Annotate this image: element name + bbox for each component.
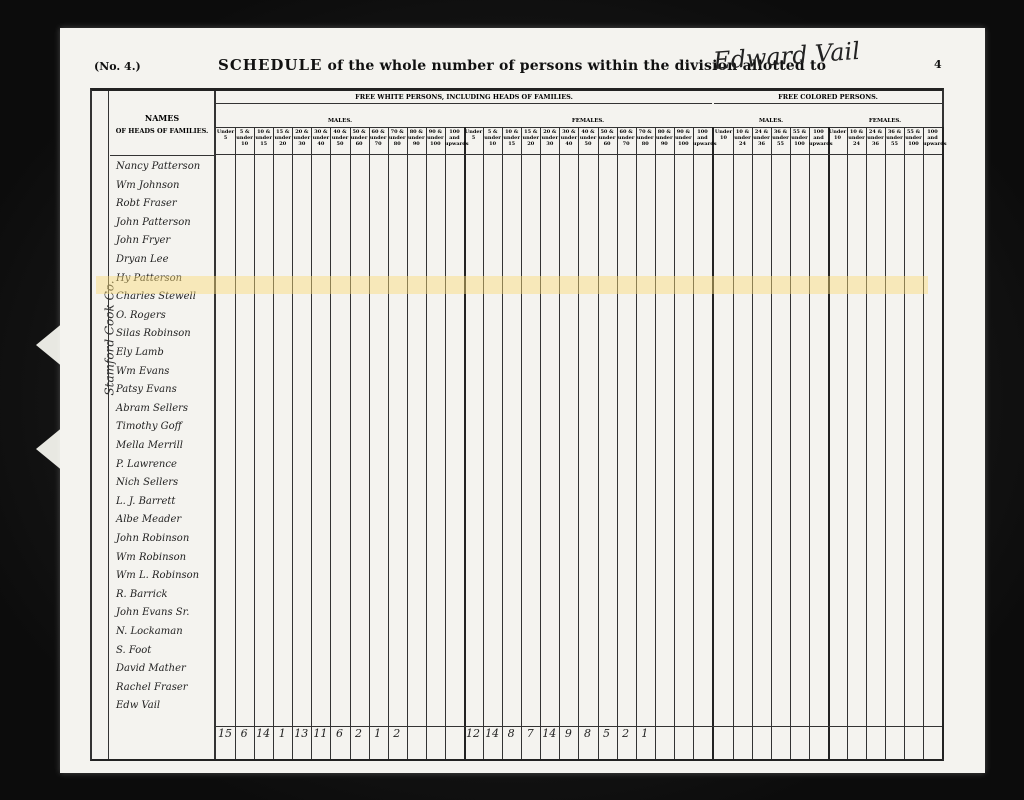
totals-row <box>214 726 942 745</box>
names-header: NAMES OF HEADS OF FAMILIES. <box>110 91 214 156</box>
page-number: 4 <box>934 58 942 71</box>
age-column: 90 & under 100 <box>674 127 694 759</box>
age-column: 20 & under 3014 <box>540 127 560 759</box>
age-column: 36 & under 55 <box>885 127 905 759</box>
age-column: 55 & under 100 <box>904 127 924 759</box>
enumerator-signature: Edward Vail <box>712 37 861 75</box>
age-column-header: 20 & under 30 <box>540 127 559 155</box>
household-name: P. Lawrence <box>116 459 177 470</box>
age-column: 10 & under 1514 <box>254 127 274 759</box>
age-column-header: 20 & under 30 <box>292 127 311 155</box>
household-name: John Evans Sr. <box>116 607 189 618</box>
age-column: 80 & under 90 <box>655 127 675 759</box>
age-column: 5 & under 1014 <box>483 127 503 759</box>
age-column-header: 10 & under 15 <box>254 127 273 155</box>
household-name: Mella Merrill <box>116 440 183 451</box>
title-bold: SCHEDULE <box>218 56 322 74</box>
household-name: John Patterson <box>116 217 191 228</box>
margin-column: Stamford Cook Co. <box>92 91 109 759</box>
age-column-header: Under 5 <box>464 127 483 155</box>
household-name: Albe Meader <box>116 514 181 525</box>
age-column-header: Under 10 <box>828 127 847 155</box>
age-column-header: 100 and upwards <box>809 127 828 155</box>
age-column-header: 70 & under 80 <box>388 127 407 155</box>
household-name: Silas Robinson <box>116 328 191 339</box>
age-column-header: 5 & under 10 <box>483 127 502 155</box>
age-column-header: 90 & under 100 <box>426 127 445 155</box>
age-column: 5 & under 106 <box>235 127 255 759</box>
household-name: O. Rogers <box>116 310 166 321</box>
age-column: 30 & under 4011 <box>311 127 331 759</box>
household-name: Edw Vail <box>116 700 160 711</box>
age-column: 70 & under 802 <box>388 127 408 759</box>
household-name: S. Foot <box>116 645 151 656</box>
age-column: 50 & under 605 <box>598 127 618 759</box>
age-column-header: 36 & under 55 <box>771 127 790 155</box>
age-column: Under 515 <box>216 127 236 759</box>
household-name: Wm Evans <box>116 366 169 377</box>
age-column-header: 24 & under 36 <box>866 127 885 155</box>
age-column: Under 512 <box>464 127 484 759</box>
household-name: John Fryer <box>116 235 170 246</box>
age-column: 80 & under 90 <box>407 127 427 759</box>
age-column: 24 & under 36 <box>866 127 886 759</box>
age-column: 24 & under 36 <box>752 127 772 759</box>
household-name: R. Barrick <box>116 589 168 600</box>
age-column-header: 10 & under 24 <box>847 127 866 155</box>
names-column: NAMES OF HEADS OF FAMILIES. Nancy Patter… <box>110 91 216 759</box>
free-colored-header: FREE COLORED PERSONS. <box>714 91 942 104</box>
age-column-header: 36 & under 55 <box>885 127 904 155</box>
age-column-header: 15 & under 20 <box>273 127 292 155</box>
age-column-header: 90 & under 100 <box>674 127 693 155</box>
age-column: 36 & under 55 <box>771 127 791 759</box>
age-column: 15 & under 201 <box>273 127 293 759</box>
age-column-header: Under 10 <box>714 127 733 155</box>
row-highlight <box>96 276 928 294</box>
age-column-header: 55 & under 100 <box>790 127 809 155</box>
household-name: Timothy Goff <box>116 421 182 432</box>
age-column: Under 10 <box>714 127 734 759</box>
household-name: Abram Sellers <box>116 403 188 414</box>
age-column-header: 15 & under 20 <box>521 127 540 155</box>
household-name: David Mather <box>116 663 186 674</box>
age-column: 20 & under 3013 <box>292 127 312 759</box>
age-column-header: 100 and upwards <box>923 127 942 155</box>
age-column-header: 10 & under 24 <box>733 127 752 155</box>
age-column-header: 40 & under 50 <box>578 127 597 155</box>
age-column: 40 & under 506 <box>330 127 350 759</box>
age-column-header: 50 & under 60 <box>598 127 617 155</box>
census-grid: Stamford Cook Co. NAMES OF HEADS OF FAMI… <box>90 88 944 761</box>
age-column: 100 and upwards <box>445 127 466 759</box>
age-column-header: 40 & under 50 <box>330 127 349 155</box>
age-column: 50 & under 602 <box>350 127 370 759</box>
household-name: Nancy Patterson <box>116 161 200 172</box>
age-column: 60 & under 701 <box>369 127 389 759</box>
age-column-header: 60 & under 70 <box>617 127 636 155</box>
free-white-header: FREE WHITE PERSONS, INCLUDING HEADS OF F… <box>216 91 712 104</box>
age-column: 15 & under 207 <box>521 127 541 759</box>
age-column: 40 & under 508 <box>578 127 598 759</box>
age-column-header: 80 & under 90 <box>655 127 674 155</box>
age-column: 100 and upwards <box>693 127 714 759</box>
age-column: 55 & under 100 <box>790 127 810 759</box>
age-column: 30 & under 409 <box>559 127 579 759</box>
age-column: 10 & under 158 <box>502 127 522 759</box>
age-column-header: 30 & under 40 <box>559 127 578 155</box>
age-column: Under 10 <box>828 127 848 759</box>
age-column: 10 & under 24 <box>733 127 753 759</box>
schedule-number: (No. 4.) <box>94 60 141 73</box>
household-name: Patsy Evans <box>116 384 177 395</box>
age-column-header: 55 & under 100 <box>904 127 923 155</box>
household-name: Rachel Fraser <box>116 682 188 693</box>
household-name: Wm Johnson <box>116 180 179 191</box>
age-column: 10 & under 24 <box>847 127 867 759</box>
age-column-header: 24 & under 36 <box>752 127 771 155</box>
age-column-header: 30 & under 40 <box>311 127 330 155</box>
household-name: N. Lockaman <box>116 626 183 637</box>
age-column: 70 & under 801 <box>636 127 656 759</box>
age-column: 100 and upwards <box>923 127 944 759</box>
household-name: L. J. Barrett <box>116 496 175 507</box>
household-name: Ely Lamb <box>116 347 164 358</box>
age-column: 100 and upwards <box>809 127 830 759</box>
age-column-header: 5 & under 10 <box>235 127 254 155</box>
age-column: 90 & under 100 <box>426 127 446 759</box>
age-column-header: 50 & under 60 <box>350 127 369 155</box>
household-name: Nich Sellers <box>116 477 178 488</box>
age-column-header: 60 & under 70 <box>369 127 388 155</box>
age-column-header: 100 and upwards <box>693 127 712 155</box>
age-column-header: 100 and upwards <box>445 127 464 155</box>
age-column-header: 80 & under 90 <box>407 127 426 155</box>
household-name: Dryan Lee <box>116 254 169 265</box>
age-column-header: Under 5 <box>216 127 235 155</box>
names-header-line2: OF HEADS OF FAMILIES. <box>110 127 214 135</box>
household-name: Wm Robinson <box>116 552 186 563</box>
age-column-header: 70 & under 80 <box>636 127 655 155</box>
household-name: Robt Fraser <box>116 198 177 209</box>
names-header-line1: NAMES <box>110 113 214 123</box>
age-column: 60 & under 702 <box>617 127 637 759</box>
age-column-header: 10 & under 15 <box>502 127 521 155</box>
household-name: John Robinson <box>116 533 189 544</box>
household-name: Wm L. Robinson <box>116 570 199 581</box>
census-sheet: (No. 4.) SCHEDULE of the whole number of… <box>88 36 978 766</box>
